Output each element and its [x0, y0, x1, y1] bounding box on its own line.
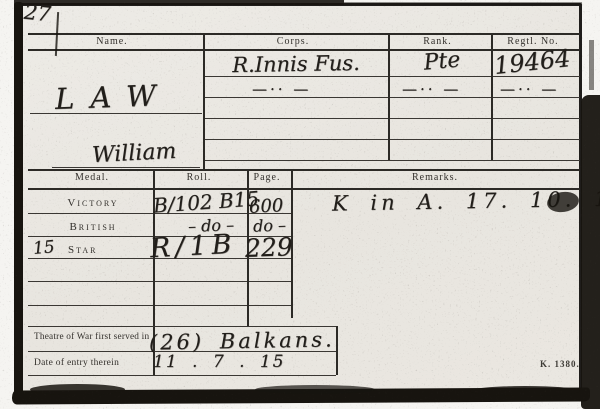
scan-blotch-bottom-left	[30, 384, 125, 395]
rule-row4	[203, 139, 580, 140]
rule-row5	[203, 160, 580, 161]
name-column-header: Name.	[62, 36, 162, 47]
roll-column-header: Roll.	[155, 172, 243, 183]
scanned-medal-index-card: Name. Corps. Rank. Regtl. No. Medal. Rol…	[0, 0, 600, 409]
british-medal-label: British	[45, 221, 141, 233]
page-column-header: Page.	[244, 172, 290, 183]
theatre-of-war-value: (26) Balkans.	[149, 327, 335, 354]
rank-column-header: Rank.	[390, 36, 485, 47]
rule-date-bottom	[28, 375, 336, 376]
medal-column-header: Medal.	[40, 172, 144, 183]
scan-edge-left	[14, 2, 23, 396]
scan-blotch-bottom-mid	[255, 385, 375, 394]
victory-medal-label: Victory	[45, 197, 141, 209]
forename-value: William	[91, 139, 177, 168]
remarks-column-header: Remarks.	[380, 172, 490, 183]
rule-empty1	[28, 281, 292, 282]
rank-value: Pte	[411, 46, 473, 76]
surname-value: LAW	[54, 78, 172, 116]
victory-page-value: 600	[248, 195, 283, 218]
scan-edge-top-dark	[14, 0, 344, 5]
scan-edge-top-faint	[344, 2, 582, 5]
rule-name-header-top	[28, 33, 580, 35]
rule-div-footer-right	[336, 326, 338, 375]
star-medal-label: Star	[68, 244, 128, 256]
rule-empty2	[28, 305, 292, 306]
scan-edge-right	[581, 95, 600, 409]
date-of-entry-label: Date of entry therein	[34, 358, 119, 368]
corps-column-header: Corps.	[243, 36, 343, 47]
star-prefix-value: 15	[32, 237, 55, 259]
date-of-entry-value: 11 . 7 . 15	[153, 352, 286, 372]
theatre-of-war-label: Theatre of War first served in	[34, 332, 149, 342]
scan-blotch-bottom-right	[470, 386, 580, 396]
rule-medal-header-top	[28, 169, 580, 171]
rule-row3	[203, 118, 580, 119]
star-roll-value: R/1B	[149, 229, 237, 264]
scan-edge-right-upper	[589, 40, 594, 90]
corps-value: R.Innis Fus.	[207, 50, 385, 77]
rule-div-corps-rank	[388, 33, 390, 160]
star-page-value: 229	[245, 232, 294, 263]
rank-ditto-mark: —·· —	[402, 80, 461, 98]
rule-forename-underline	[52, 167, 200, 168]
rule-div-name-corps	[203, 33, 205, 169]
rule-theatre-top	[28, 326, 336, 327]
regtl-ditto-mark: —·· —	[500, 80, 559, 98]
corps-ditto-mark: —·· —	[252, 80, 311, 98]
stamp-code: K. 1380.	[540, 359, 580, 369]
